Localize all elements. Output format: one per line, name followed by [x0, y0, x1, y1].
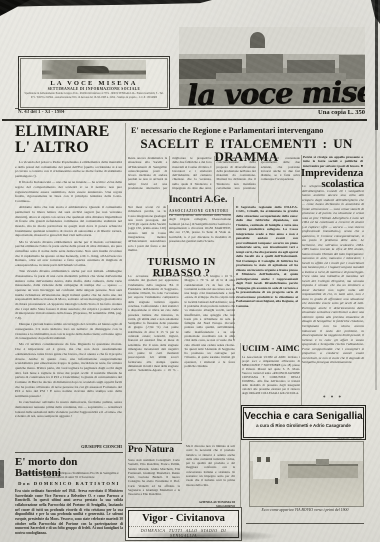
- article-signature: GIUSEPPE CIONCHI: [15, 444, 122, 449]
- paragraph: Dunque i giovani hanno subìto un lavaggi…: [15, 322, 122, 341]
- rubric-byline: a cura di Rino Girolimetti e Adrio Casag…: [244, 423, 363, 428]
- article-body-uciim-aimc: Le Associazioni UCIIM ed AIMC invitano i…: [242, 356, 300, 406]
- article-continuation-sacelit: Nei mesi scorsi c'è da richiedere perché…: [128, 205, 166, 256]
- masthead-photo: la voce misena: [179, 27, 365, 106]
- article-kicker-sacelit: E' necessario che Regione e Parlamentari…: [131, 126, 363, 135]
- logo-engraving-image: [42, 60, 146, 79]
- article-title-incontri-age: Incontri A.Ge.: [169, 196, 233, 206]
- paragraph: Tale vicenda diventa emblematica anche p…: [15, 269, 122, 321]
- scan-artifact-top-strip: [0, 0, 212, 7]
- article-body-eliminare: La vicenda del polacco Padre Popieluszko…: [15, 160, 122, 445]
- article-body-battistoni: Era stato ordinato Sacerdote nel 1941. A…: [15, 489, 123, 539]
- paragraph: Ma c'è un'altra considerazione da fare. …: [15, 342, 122, 398]
- logo-title: LA VOCE MISENA: [19, 80, 169, 87]
- article-body-incontri-age: Per l'anticipazione delle elezioni nella…: [169, 213, 231, 256]
- paragraph: La vicenda del polacco Padre Popieluszko…: [15, 160, 122, 179]
- section-rule: [128, 443, 182, 444]
- section-rule: [15, 452, 123, 453]
- newspaper-logo-box: LA VOCE MISENA SETTIMANALE DI INFORMAZIO…: [18, 56, 170, 110]
- article-title-pro-natura: Pro Natura: [128, 446, 182, 456]
- logo-publication-info: Spedizione in Abbonamento Postale Gruppo…: [19, 91, 169, 99]
- article-body-pro-natura: Sono stati nominati Consiglieri: Carlo V…: [128, 458, 180, 508]
- paragraph: In conclusione: salviamo la nostra democ…: [15, 400, 122, 419]
- paragraph: Ma la vicenda diventa emblematica anche …: [15, 240, 122, 268]
- paragraph: Il filosofo Kolakowski — uno che se ne i…: [15, 180, 122, 203]
- road-shape: [250, 479, 363, 506]
- price-label: Una copia L. 350: [318, 109, 365, 116]
- scan-artifact-top-right: [367, 0, 380, 24]
- dome-building-shape: [250, 32, 265, 48]
- via-bovio-photo: [249, 441, 364, 507]
- rubric-title: Vecchia e cara Senigallia: [244, 411, 363, 422]
- photo-caption: Ecco come appariva VIA BOVIO verso i pri…: [246, 508, 364, 512]
- window-shape: [266, 457, 270, 462]
- newspaper-page: LA VOCE MISENA SETTIMANALE DI INFORMAZIO…: [0, 0, 380, 542]
- article-title-eliminare: ELIMINARE L' ALTRO: [15, 124, 122, 157]
- article-title-uciim-aimc: UCIIM - AIMC: [242, 344, 302, 353]
- issue-number: N. 43 del 1 - XI - 1984: [18, 110, 64, 115]
- thick-rule: [2, 119, 367, 121]
- tower-shape: [316, 459, 330, 465]
- scan-artifact-left-edge: [0, 460, 4, 488]
- article-continuation-sacelit-bold: Il Segretario regionale della FILLEA-CGI…: [236, 205, 298, 340]
- buildings-row-shape: [288, 464, 358, 478]
- article-continuation-turismo: Ma il discorso non va limitato ai soli c…: [186, 444, 235, 500]
- article-body-turismo: La occasione dell'ultima critica condott…: [128, 274, 235, 441]
- title-line: L' ALTRO: [15, 140, 122, 156]
- window-shape: [257, 457, 261, 462]
- article-end-mark: * * *: [302, 396, 364, 401]
- article-signature-turismo: AZIENDA AUTONOMA DI SOGGIORNO: [186, 500, 235, 508]
- scan-artifact-right-edge: [375, 0, 378, 130]
- title-line: ELIMINARE: [15, 124, 122, 140]
- column-divider: [167, 205, 168, 257]
- paragraph: Abbiamo detto che tale storia è emblemat…: [15, 205, 122, 238]
- column-divider: [240, 343, 241, 533]
- obituary-intro: Lunedì 29 Ottobre nella Casa di Riposo S…: [15, 471, 123, 480]
- obituary-name: Don DOMENICO BATTISTONI: [15, 481, 123, 486]
- column-divider: [125, 123, 126, 535]
- scan-artifact-right-edge-faint: [375, 130, 377, 390]
- masthead-script-title: la voce misena: [187, 74, 365, 106]
- article-body-imprevidenza: Lo sciopero necessario degli studenti de…: [302, 184, 364, 391]
- train-engraving-icon: [77, 66, 108, 73]
- section-rule: [246, 523, 364, 524]
- rubric-box-vecchia-senigallia: Vecchia e cara Senigallia a cura di Rino…: [243, 407, 364, 438]
- sport-box-title: Vigor - Civitanova: [129, 513, 238, 524]
- scan-shadow-bottom: [128, 530, 278, 542]
- figure-shape: [275, 478, 278, 484]
- scan-artifact-top-left-corner: [0, 0, 30, 16]
